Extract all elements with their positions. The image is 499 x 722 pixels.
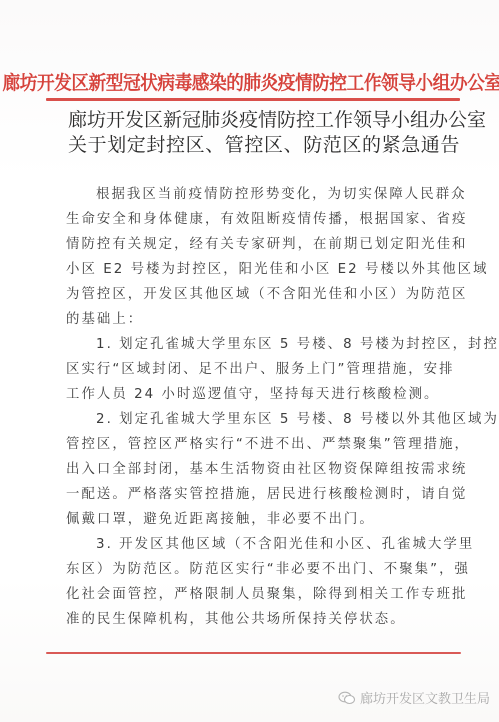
item-1-line: 区实行“区域封闭、足不出户、服务上门”管理措施，安排 (66, 357, 438, 382)
footer-red-rule (46, 652, 461, 654)
body-line: 根据我区当前疫情防控形势变化，为切实保障人民群众 (66, 182, 438, 207)
document-body: 根据我区当前疫情防控形势变化，为切实保障人民群众 生命安全和身体健康，有效阻断疫… (66, 182, 438, 632)
document-title: 廊坊开发区新冠肺炎疫情防控工作领导小组办公室 关于划定封控区、管控区、防范区的紧… (68, 108, 448, 158)
item-1-line: 工作人员 24 小时巡逻值守，坚持每天进行核酸检测。 (66, 382, 438, 407)
body-line: 情防控有关规定，经有关专家研判，在前期已划定阳光佳和 (66, 232, 438, 257)
document-page: 廊坊开发区新型冠状病毒感染的肺炎疫情防控工作领导小组办公室 廊坊开发区新冠肺炎疫… (0, 0, 499, 722)
item-3-line: 化社会面管控，严格限制人员聚集，除得到相关工作专班批 (66, 582, 438, 607)
body-line: 生命安全和身体健康，有效阻断疫情传播，根据国家、省疫 (66, 207, 438, 232)
body-line: 的基础上： (66, 307, 438, 332)
watermark-text: 廊坊开发区文教卫生局 (360, 688, 490, 707)
item-2-line: 出入口全部封闭，基本生活物资由社区物资保障组按需求统 (66, 457, 438, 482)
item-3-line: 东区）为防范区。防范区实行“非必要不出门、不聚集”，强 (66, 557, 438, 582)
source-watermark: 廊坊开发区文教卫生局 (338, 688, 490, 707)
item-2-line: 管控区，管控区严格实行“不进不出、严禁聚集”管理措施， (66, 432, 438, 457)
item-2-line: 一配送。严格落实管控措施，居民进行核酸检测时，请自觉 (66, 482, 438, 507)
title-line-1: 廊坊开发区新冠肺炎疫情防控工作领导小组办公室 (68, 108, 448, 133)
document-masthead: 廊坊开发区新型冠状病毒感染的肺炎疫情防控工作领导小组办公室 (59, 64, 446, 98)
wechat-icon (338, 691, 356, 705)
item-3-line: 准的民生保障机构，其他公共场所保持关停状态。 (66, 607, 438, 632)
body-line: 小区 E2 号楼为封控区，阳光佳和小区 E2 号楼以外其他区域 (66, 257, 438, 282)
item-2-line: 2. 划定孔雀城大学里东区 5 号楼、8 号楼以外其他区域为 (66, 407, 438, 432)
masthead-red-rule (46, 98, 460, 101)
item-1-line: 1. 划定孔雀城大学里东区 5 号楼、8 号楼为封控区，封控 (66, 332, 438, 357)
title-line-2: 关于划定封控区、管控区、防范区的紧急通告 (68, 133, 448, 158)
item-3-line: 3. 开发区其他区域（不含阳光佳和小区、孔雀城大学里 (66, 532, 438, 557)
item-2-line: 佩戴口罩，避免近距离接触，非必要不出门。 (66, 507, 438, 532)
body-line: 为管控区，开发区其他区域（不含阳光佳和小区）为防范区 (66, 282, 438, 307)
